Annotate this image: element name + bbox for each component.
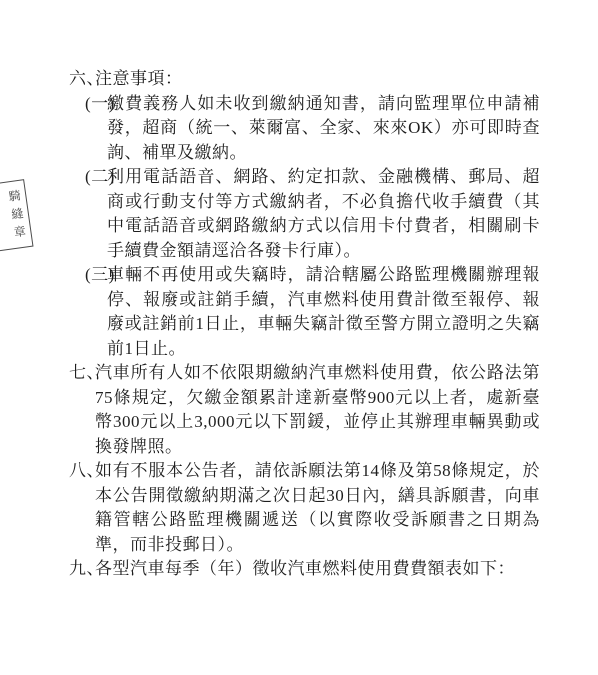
item-8-marker: 八、 — [69, 459, 95, 484]
item-6-heading: 六、 注意事項： — [69, 67, 540, 92]
scanned-document-page: 騎縫章 六、 注意事項： (一) 繳費義務人如未收到繳納通知書，請向監理單位申請… — [0, 0, 598, 675]
item-6-sub-3-text: 車輛不再使用或失竊時，請洽轄屬公路監理機關辦理報停、報廢或註銷手續，汽車燃料使用… — [107, 263, 540, 361]
notice-body: 六、 注意事項： (一) 繳費義務人如未收到繳納通知書，請向監理單位申請補發，超… — [69, 67, 540, 582]
item-7: 七、 汽車所有人如不依限期繳納汽車燃料使用費，依公路法第75條規定，欠繳金額累計… — [69, 361, 540, 459]
item-6-marker: 六、 — [69, 67, 95, 92]
seam-stamp: 騎縫章 — [0, 179, 34, 253]
item-9-marker: 九、 — [69, 557, 95, 582]
item-6-sub-3-marker: (三) — [85, 263, 107, 288]
item-6-sub-2-text: 利用電話語音、網路、約定扣款、金融機構、郵局、超商或行動支付等方式繳納者，不必負… — [107, 165, 540, 263]
item-6-title: 注意事項： — [95, 67, 540, 92]
item-6-sub-1-text: 繳費義務人如未收到繳納通知書，請向監理單位申請補發，超商（統一、萊爾富、全家、來… — [107, 92, 540, 166]
item-9-text: 各型汽車每季（年）徵收汽車燃料使用費費額表如下： — [95, 557, 540, 582]
item-6-sub-2: (二) 利用電話語音、網路、約定扣款、金融機構、郵局、超商或行動支付等方式繳納者… — [85, 165, 540, 263]
item-6-sub-1-marker: (一) — [85, 92, 107, 117]
item-6-sub-3: (三) 車輛不再使用或失竊時，請洽轄屬公路監理機關辦理報停、報廢或註銷手續，汽車… — [85, 263, 540, 361]
item-8: 八、 如有不服本公告者，請依訴願法第14條及第58條規定，於本公告開徵繳納期滿之… — [69, 459, 540, 557]
item-9: 九、 各型汽車每季（年）徵收汽車燃料使用費費額表如下： — [69, 557, 540, 582]
item-8-text: 如有不服本公告者，請依訴願法第14條及第58條規定，於本公告開徵繳納期滿之次日起… — [95, 459, 540, 557]
item-6-sub-1: (一) 繳費義務人如未收到繳納通知書，請向監理單位申請補發，超商（統一、萊爾富、… — [85, 92, 540, 166]
item-6-sub-2-marker: (二) — [85, 165, 107, 190]
item-7-marker: 七、 — [69, 361, 95, 386]
item-7-text: 汽車所有人如不依限期繳納汽車燃料使用費，依公路法第75條規定，欠繳金額累計達新臺… — [95, 361, 540, 459]
seam-stamp-text: 騎縫章 — [6, 185, 32, 244]
